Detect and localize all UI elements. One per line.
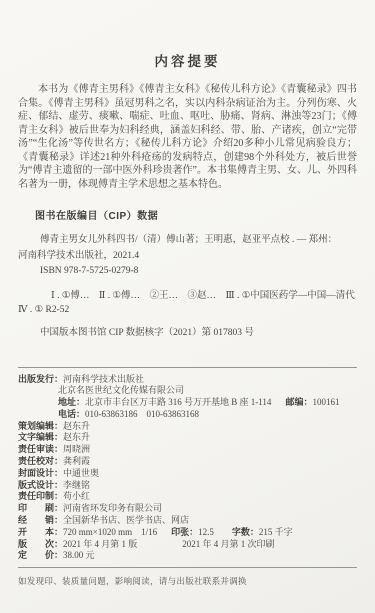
book-copyright-page: 内容提要 本书为《傅青主男科》《傅青主女科》《秘传儿科方论》《青囊秘录》四书合集…	[0, 0, 375, 613]
credit-row-address: 地址：北京市丰台区万丰路 316 号万开基地 B 座 1-114邮编：10016…	[18, 397, 357, 409]
footer-note: 如发现印、装质量问题，影响阅读，请与出版社联系并调换	[18, 575, 357, 587]
credit-row-publisher: 出版发行：河南科学技术出版社	[18, 374, 357, 386]
credits-block: 出版发行：河南科学技术出版社 北京名医世纪文化传媒有限公司 地址：北京市丰台区万…	[18, 374, 357, 563]
credit-row-text-editor: 文字编辑：赵东升	[18, 432, 357, 444]
credit-label: 电话：	[58, 409, 85, 419]
credit-label: 地址：	[58, 397, 85, 407]
credit-value: 北京名医世纪文化传媒有限公司	[58, 385, 184, 395]
divider-top	[18, 367, 357, 368]
credit-label: 文字编辑：	[18, 432, 63, 442]
cip-title-line: 傅青主男女儿外科四书/（清）傅山著；王明惠，赵亚平点校 . — 郑州：	[18, 233, 357, 249]
credit-row-planning-editor: 策划编辑：赵东升	[18, 421, 357, 433]
credit-row-printer: 印 刷：河南省环发印务有限公司	[18, 503, 357, 515]
credit-row-edition: 版 次：2021 年 4 月第 1 版2021 年 4 月第 1 次印刷	[18, 539, 357, 551]
credit-label: 邮编：	[285, 397, 312, 407]
credit-value: 全国新华书店、医学书店、网店	[63, 515, 189, 525]
classification-block: Ⅰ . ①傅… Ⅱ . ①傅… ②王… ③赵… Ⅲ . ①中国医药学—中国—清代…	[18, 289, 357, 340]
credit-value: 中通世奥	[63, 468, 99, 478]
credit-row-proofreader: 责任校对：龚利霞	[18, 456, 357, 468]
credit-label: 策划编辑：	[18, 421, 63, 431]
credit-value: 龚利霞	[63, 456, 90, 466]
credit-row-distribution: 经 销：全国新华书店、医学书店、网店	[18, 515, 357, 527]
credit-label: 定 价：	[18, 550, 63, 560]
credit-value: 720 mm×1020 mm 1/16	[63, 527, 157, 537]
credit-label: 版 次：	[18, 539, 63, 549]
credit-value: 010-63863186 010-63863168	[85, 409, 199, 419]
credit-label: 经 销：	[18, 515, 63, 525]
classification-line-1: Ⅰ . ①傅… Ⅱ . ①傅… ②王… ③赵… Ⅲ . ①中国医药学—中国—清代	[18, 289, 357, 303]
credit-label: 责任审读：	[18, 444, 63, 454]
cip-block: 傅青主男女儿外科四书/（清）傅山著；王明惠，赵亚平点校 . — 郑州： 河南科学…	[18, 233, 357, 280]
credit-value: 12.5	[198, 527, 214, 537]
credit-row-layout-design: 版式设计：李继铭	[18, 480, 357, 492]
credit-row-cover-design: 封面设计：中通世奥	[18, 468, 357, 480]
credit-row-print-supervisor: 责任印制：苟小红	[18, 491, 357, 503]
credit-label: 出版发行：	[18, 374, 63, 384]
credit-label: 封面设计：	[18, 468, 63, 478]
credit-label: 字数：	[232, 527, 259, 537]
credit-value: 2021 年 4 月第 1 版	[63, 539, 137, 549]
credit-value: 赵东升	[63, 432, 90, 442]
credit-value: 赵东升	[63, 421, 90, 431]
page-title: 内容提要	[18, 0, 357, 70]
credit-row-phone: 电话：010-63863186 010-63863168	[18, 409, 357, 421]
credit-value: 苟小红	[63, 491, 90, 501]
credit-row-publisher-2: 北京名医世纪文化传媒有限公司	[18, 385, 357, 397]
credit-label: 版式设计：	[18, 480, 63, 490]
classification-line-2: Ⅳ . ① R2-52	[18, 303, 357, 317]
credit-value: 38.00 元	[63, 550, 95, 560]
credit-value: 河南省环发印务有限公司	[63, 503, 162, 513]
credit-value: 100161	[312, 397, 339, 407]
cip-publisher-line: 河南科学技术出版社，2021.4	[18, 249, 357, 265]
credit-row-format: 开 本：720 mm×1020 mm 1/16印张：12.5字数：215 千字	[18, 527, 357, 539]
credit-label: 开 本：	[18, 527, 63, 537]
summary-paragraph: 本书为《傅青主男科》《傅青主女科》《秘传儿科方论》《青囊秘录》四书合集。《傅青主…	[18, 83, 357, 191]
credit-value: 北京市丰台区万丰路 316 号万开基地 B 座 1-114	[85, 397, 271, 407]
isbn-line: ISBN 978-7-5725-0279-8	[18, 264, 357, 280]
credit-label: 印 刷：	[18, 503, 63, 513]
cip-record-number: 中国版本图书馆 CIP 数据核字（2021）第 017803 号	[18, 326, 357, 340]
credit-value: 李继铭	[63, 480, 90, 490]
credit-value: 河南科学技术出版社	[63, 374, 144, 384]
credit-row-reviewer: 责任审读：周晓洲	[18, 444, 357, 456]
credit-label: 责任校对：	[18, 456, 63, 466]
credit-label: 印张：	[171, 527, 198, 537]
cip-heading: 图书在版编目（CIP）数据	[18, 207, 357, 222]
credit-value: 215 千字	[259, 527, 293, 537]
page-content: 内容提要 本书为《傅青主男科》《傅青主女科》《秘传儿科方论》《青囊秘录》四书合集…	[0, 0, 375, 587]
divider-bottom	[18, 567, 357, 568]
credit-value: 2021 年 4 月第 1 次印刷	[182, 539, 274, 549]
credit-label: 责任印制：	[18, 491, 63, 501]
credit-value: 周晓洲	[63, 444, 90, 454]
credit-row-price: 定 价：38.00 元	[18, 550, 357, 562]
